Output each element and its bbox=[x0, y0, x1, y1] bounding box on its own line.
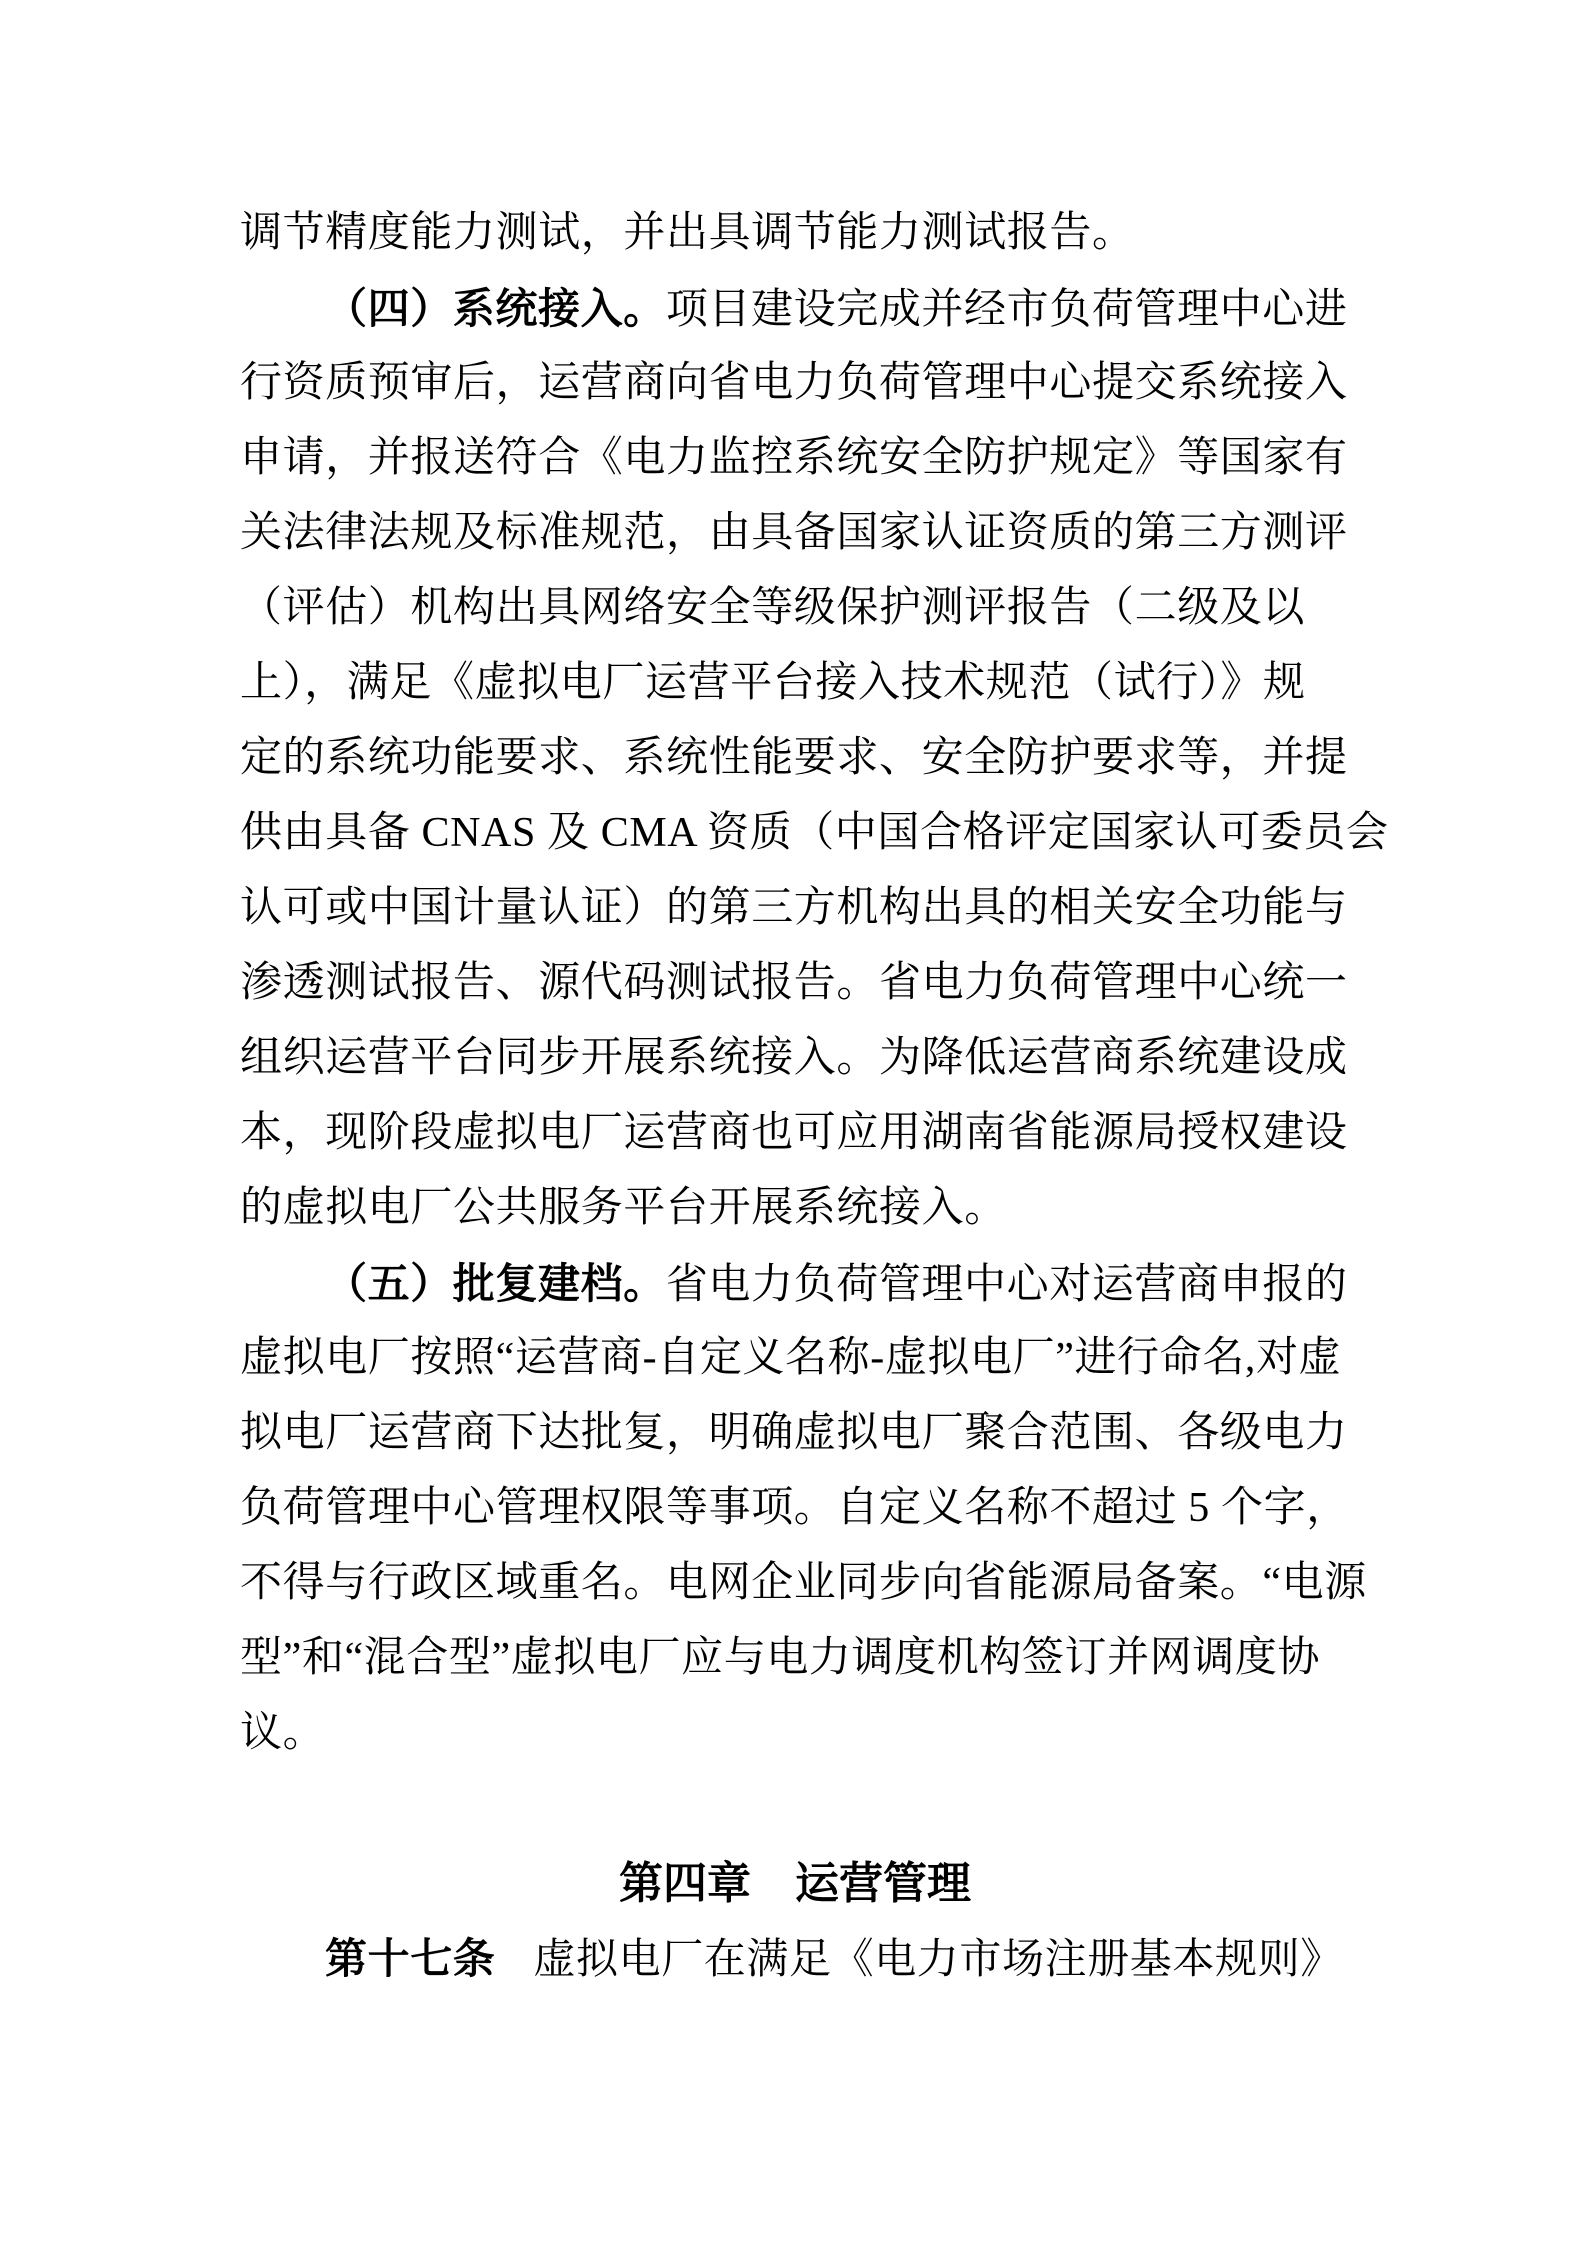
paragraph-line: 渗透测试报告、源代码测试报告。省电力负荷管理中心统一 bbox=[240, 946, 1350, 1021]
body-text: 行资质预审后，运营商向省电力负荷管理中心提交系统接入 bbox=[240, 360, 1348, 406]
body-text: 本，现阶段虚拟电厂运营商也可应用湖南省能源局授权建设 bbox=[240, 1110, 1348, 1156]
paragraph-line: 负荷管理中心管理权限等事项。自定义名称不超过 5 个字， bbox=[240, 1471, 1350, 1546]
body-text: 定的系统功能要求、系统性能要求、安全防护要求等，并提 bbox=[240, 735, 1348, 781]
body-text: 调节精度能力测试，并出具调节能力测试报告。 bbox=[240, 210, 1135, 256]
body-text: 省电力负荷管理中心对运营商申报的 bbox=[666, 1262, 1348, 1308]
paragraph-line: 定的系统功能要求、系统性能要求、安全防护要求等，并提 bbox=[240, 721, 1350, 796]
paragraph-line: 拟电厂运营商下达批复，明确虚拟电厂聚合范围、各级电力 bbox=[240, 1396, 1350, 1471]
body-text: 供由具备 CNAS 及 CMA 资质（中国合格评定国家认可委员会 bbox=[240, 810, 1389, 856]
article-text: 虚拟电厂在满足《电力市场注册基本规则》 bbox=[533, 1937, 1342, 1983]
paragraph-line: 本，现阶段虚拟电厂运营商也可应用湖南省能源局授权建设 bbox=[240, 1096, 1350, 1171]
body-text: 不得与行政区域重名。电网企业同步向省能源局备案。“电源 bbox=[240, 1560, 1367, 1606]
paragraph-line: 行资质预审后，运营商向省电力负荷管理中心提交系统接入 bbox=[240, 346, 1350, 421]
paragraph-line: （评估）机构出具网络安全等级保护测评报告（二级及以 bbox=[240, 571, 1350, 646]
paragraph-line: 申请，并报送符合《电力监控系统安全防护规定》等国家有 bbox=[240, 421, 1350, 496]
paragraph-line: 虚拟电厂按照“运营商-自定义名称-虚拟电厂”进行命名,对虚 bbox=[240, 1321, 1350, 1396]
body-text: 关法律法规及标准规范，由具备国家认证资质的第三方测评 bbox=[240, 510, 1348, 556]
chapter-heading: 第四章 运营管理 bbox=[240, 1846, 1350, 1921]
paragraph-line: 议。 bbox=[240, 1696, 1350, 1771]
paragraph-line: 认可或中国计量认证）的第三方机构出具的相关安全功能与 bbox=[240, 871, 1350, 946]
paragraph-line: 上），满足《虚拟电厂运营平台接入技术规范（试行）》规 bbox=[240, 646, 1350, 721]
paragraph-line: 组织运营平台同步开展系统接入。为降低运营商系统建设成 bbox=[240, 1021, 1350, 1096]
body-text: 议。 bbox=[240, 1710, 325, 1756]
document-page: 调节精度能力测试，并出具调节能力测试报告。 （四）系统接入。项目建设完成并经市负… bbox=[0, 0, 1587, 2245]
paragraph-line: 供由具备 CNAS 及 CMA 资质（中国合格评定国家认可委员会 bbox=[240, 796, 1350, 871]
body-text: 认可或中国计量认证）的第三方机构出具的相关安全功能与 bbox=[240, 885, 1348, 931]
body-text: 虚拟电厂按照“运营商-自定义名称-虚拟电厂”进行命名,对虚 bbox=[240, 1335, 1341, 1381]
clause-heading-bold: （四）系统接入。 bbox=[325, 285, 666, 332]
body-text: 型”和“混合型”虚拟电厂应与电力调度机构签订并网调度协 bbox=[240, 1635, 1320, 1681]
body-text: 负荷管理中心管理权限等事项。自定义名称不超过 5 个字， bbox=[240, 1485, 1349, 1531]
paragraph-line: 调节精度能力测试，并出具调节能力测试报告。 bbox=[240, 196, 1350, 271]
body-text: （评估）机构出具网络安全等级保护测评报告（二级及以 bbox=[240, 585, 1305, 631]
article-line: 第十七条虚拟电厂在满足《电力市场注册基本规则》 bbox=[240, 1921, 1350, 1996]
paragraph-line: 不得与行政区域重名。电网企业同步向省能源局备案。“电源 bbox=[240, 1546, 1350, 1621]
paragraph-line: （四）系统接入。项目建设完成并经市负荷管理中心进 bbox=[240, 271, 1350, 346]
body-text: 组织运营平台同步开展系统接入。为降低运营商系统建设成 bbox=[240, 1035, 1348, 1081]
paragraph-line: 的虚拟电厂公共服务平台开展系统接入。 bbox=[240, 1171, 1350, 1246]
paragraph-line: （五）批复建档。省电力负荷管理中心对运营商申报的 bbox=[240, 1246, 1350, 1321]
blank-line bbox=[240, 1771, 1350, 1846]
body-text: 上），满足《虚拟电厂运营平台接入技术规范（试行）》规 bbox=[240, 660, 1306, 706]
body-text: 的虚拟电厂公共服务平台开展系统接入。 bbox=[240, 1185, 1007, 1231]
clause-heading-bold: （五）批复建档。 bbox=[325, 1260, 666, 1307]
body-text: 申请，并报送符合《电力监控系统安全防护规定》等国家有 bbox=[240, 435, 1348, 481]
body-text: 渗透测试报告、源代码测试报告。省电力负荷管理中心统一 bbox=[240, 960, 1348, 1006]
chapter-heading-text: 第四章 运营管理 bbox=[619, 1859, 971, 1908]
article-number-bold: 第十七条 bbox=[325, 1935, 495, 1982]
body-text: 项目建设完成并经市负荷管理中心进 bbox=[666, 287, 1348, 333]
paragraph-line: 关法律法规及标准规范，由具备国家认证资质的第三方测评 bbox=[240, 496, 1350, 571]
body-text: 拟电厂运营商下达批复，明确虚拟电厂聚合范围、各级电力 bbox=[240, 1410, 1348, 1456]
paragraph-line: 型”和“混合型”虚拟电厂应与电力调度机构签订并网调度协 bbox=[240, 1621, 1350, 1696]
document-body: 调节精度能力测试，并出具调节能力测试报告。 （四）系统接入。项目建设完成并经市负… bbox=[240, 196, 1350, 1996]
